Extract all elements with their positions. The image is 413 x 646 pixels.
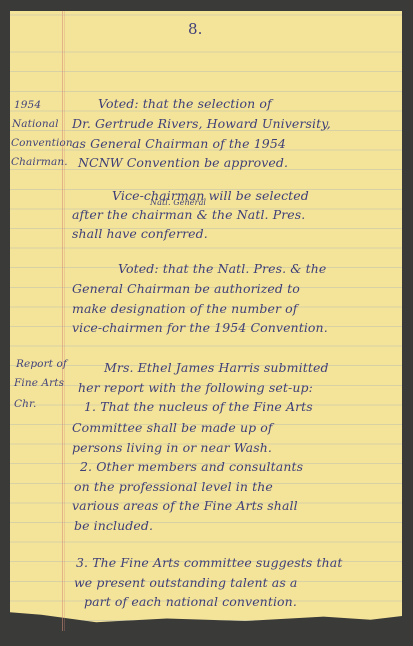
vice-chairman-line: shall have conferred. xyxy=(72,226,208,241)
vote1-line: NCNW Convention be approved. xyxy=(78,155,288,170)
vice-chairman-line: after the chairman & the Natl. Pres. xyxy=(72,207,305,222)
report-line: on the professional level in the xyxy=(74,479,273,494)
vote1-line: Dr. Gertrude Rivers, Howard University, xyxy=(72,116,331,131)
insertion-note: Natl. General xyxy=(150,198,206,207)
report-line: persons living in or near Wash. xyxy=(72,440,272,455)
page-number: 8. xyxy=(188,20,203,38)
report-line: we present outstanding talent as a xyxy=(74,575,297,590)
vote1-line: as General Chairman of the 1954 xyxy=(72,136,286,151)
vote1-line: Voted: that the selection of xyxy=(98,96,272,111)
report-line: Committee shall be made up of xyxy=(72,420,273,435)
margin-note-line: National xyxy=(12,118,59,130)
vice-chairman-line: Vice-chairman will be selected xyxy=(112,188,309,203)
margin-note-line: Fine Arts xyxy=(14,377,64,389)
vote2-line: vice-chairmen for the 1954 Convention. xyxy=(72,320,328,335)
margin-rule xyxy=(62,11,63,631)
margin-note-line: Convention xyxy=(11,137,73,149)
vote2-line: Voted: that the Natl. Pres. & the xyxy=(118,261,326,276)
margin-rule-secondary xyxy=(64,11,65,631)
margin-note-year: 1954 xyxy=(14,99,41,111)
report-line: 3. The Fine Arts committee suggests that xyxy=(76,555,342,570)
report-line: Mrs. Ethel James Harris submitted xyxy=(104,360,329,375)
report-line: her report with the following set-up: xyxy=(78,380,313,395)
margin-note-line: Chr. xyxy=(14,398,36,410)
vote2-line: make designation of the number of xyxy=(72,301,297,316)
margin-note-line: Report of xyxy=(16,358,67,370)
report-line: part of each national convention. xyxy=(84,594,297,609)
report-line: various areas of the Fine Arts shall xyxy=(72,498,298,513)
report-line: be included. xyxy=(74,518,153,533)
vote2-line: General Chairman be authorized to xyxy=(72,281,300,296)
report-line: 1. That the nucleus of the Fine Arts xyxy=(84,399,313,414)
margin-note-line: Chairman. xyxy=(11,156,68,168)
report-line: 2. Other members and consultants xyxy=(80,459,303,474)
